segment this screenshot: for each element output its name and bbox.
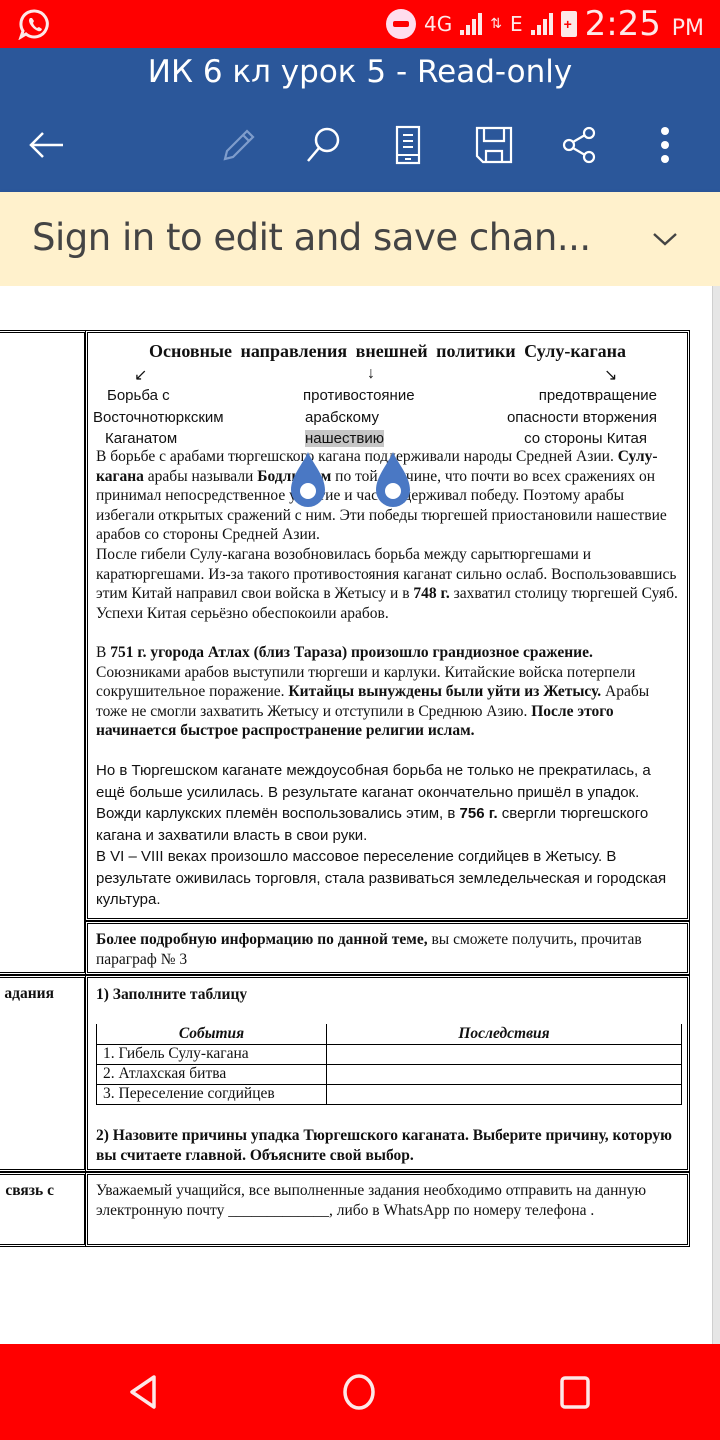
diagram-column-east-turkic: Борьба с Восточнотюркским Каганатом [93,385,224,450]
events-consequences-table: События Последствия 1. Гибель Сулу-каган… [96,1024,682,1105]
app-bar: ИК 6 кл урок 5 - Read-only [0,48,720,192]
diagram-heading: Основные направления внешней политики Су… [88,341,687,362]
selection-handle-end-icon[interactable] [374,450,412,510]
sign-in-message: Sign in to edit and save chan... [32,216,591,259]
table-cell-consequence[interactable] [327,1064,682,1084]
navigation-bar [0,1344,720,1440]
table-cell-consequence[interactable] [327,1084,682,1104]
search-icon [303,125,343,165]
mobile-view-button[interactable] [383,120,433,170]
contact-text: Уважаемый учащийся, все выполненные зада… [96,1181,681,1220]
diagram-column-arab: противостояние арабскому нашествию [303,385,415,450]
floppy-disk-icon [474,125,514,165]
nav-recents-icon[interactable] [559,1375,593,1411]
search-button[interactable] [298,120,348,170]
tasks-cell: 1) Заполните таблицу События Последствия… [85,975,690,1172]
paragraph-atlakh-battle: В 751 г. угорода Атлах (близ Тараза) про… [96,643,681,741]
diagram-column-china: предотвращение опасности вторжения со ст… [493,385,657,450]
pencil-icon [217,125,257,165]
back-button[interactable] [22,120,72,170]
whatsapp-icon [18,8,52,40]
mobile-view-icon [393,125,423,165]
contact-row-label: связь с [5,1182,54,1200]
content-cell: Основные направления внешней политики Су… [85,330,690,921]
left-column-cell-tasks: адания [0,975,87,1172]
save-button[interactable] [469,120,519,170]
tasks-row-label: адания [4,985,54,1003]
table-header-consequences: Последствия [327,1024,682,1044]
edit-button[interactable] [212,120,262,170]
share-icon [559,125,599,165]
arrow-down-right-icon: ↘ [604,365,617,385]
nav-back-icon[interactable] [128,1374,160,1410]
arrow-down-icon: ↓ [367,365,375,383]
table-cell-event: 1. Гибель Сулу-кагана [97,1044,327,1064]
data-activity-icon: ⇅ [490,16,502,32]
paragraph-sogdians: В VI – VIII веках произошло массовое пер… [96,846,681,911]
left-column-cell-contact: связь с [0,1172,87,1247]
arrow-down-left-icon: ↙ [134,365,147,385]
paragraph-after-death: После гибели Сулу-кагана возобновилась б… [96,545,681,623]
battery-charging-icon [561,11,577,37]
paragraph-decline: Но в Тюргешском каганате междоусобная бо… [96,760,681,846]
back-arrow-icon [25,127,69,163]
network-type-4g: 4G [424,12,452,36]
table-cell-event: 2. Атлахская битва [97,1064,327,1084]
table-header-events: События [97,1024,327,1044]
left-column-cell-content [0,330,87,975]
share-button[interactable] [554,120,604,170]
table-row: 2. Атлахская битва [97,1064,682,1084]
more-info-cell: Более подробную информацию по данной тем… [85,921,690,975]
document-title: ИК 6 кл урок 5 - Read-only [0,54,720,90]
more-vertical-icon [655,125,675,165]
task-1-title: 1) Заполните таблицу [96,985,681,1005]
contact-cell: Уважаемый учащийся, все выполненные зада… [85,1172,690,1247]
document-canvas[interactable]: адания связь с Основные направления внеш… [0,286,712,1344]
task-2-text: 2) Назовите причины упадка Тюргешского к… [96,1126,681,1165]
table-row: 1. Гибель Сулу-кагана [97,1044,682,1064]
sign-in-banner[interactable]: Sign in to edit and save chan... [0,192,720,286]
table-row: 3. Переселение согдийцев [97,1084,682,1104]
signal-strength-icon-2 [531,13,553,35]
nav-home-icon[interactable] [341,1373,377,1411]
selection-handle-start-icon[interactable] [289,450,327,510]
chevron-down-icon[interactable] [650,224,680,254]
vertical-scrollbar[interactable] [712,286,720,1344]
selected-text[interactable]: нашествию [305,430,384,447]
clock: 2:25 PM [585,4,704,44]
do-not-disturb-icon [386,9,416,39]
more-info-text: Более подробную информацию по данной тем… [96,930,681,969]
status-bar: 4G ⇅ E 2:25 PM [0,0,720,48]
table-cell-consequence[interactable] [327,1044,682,1064]
table-cell-event: 3. Переселение согдийцев [97,1084,327,1104]
network-type-e: E [510,12,523,36]
more-options-button[interactable] [640,120,690,170]
signal-strength-icon [460,13,482,35]
